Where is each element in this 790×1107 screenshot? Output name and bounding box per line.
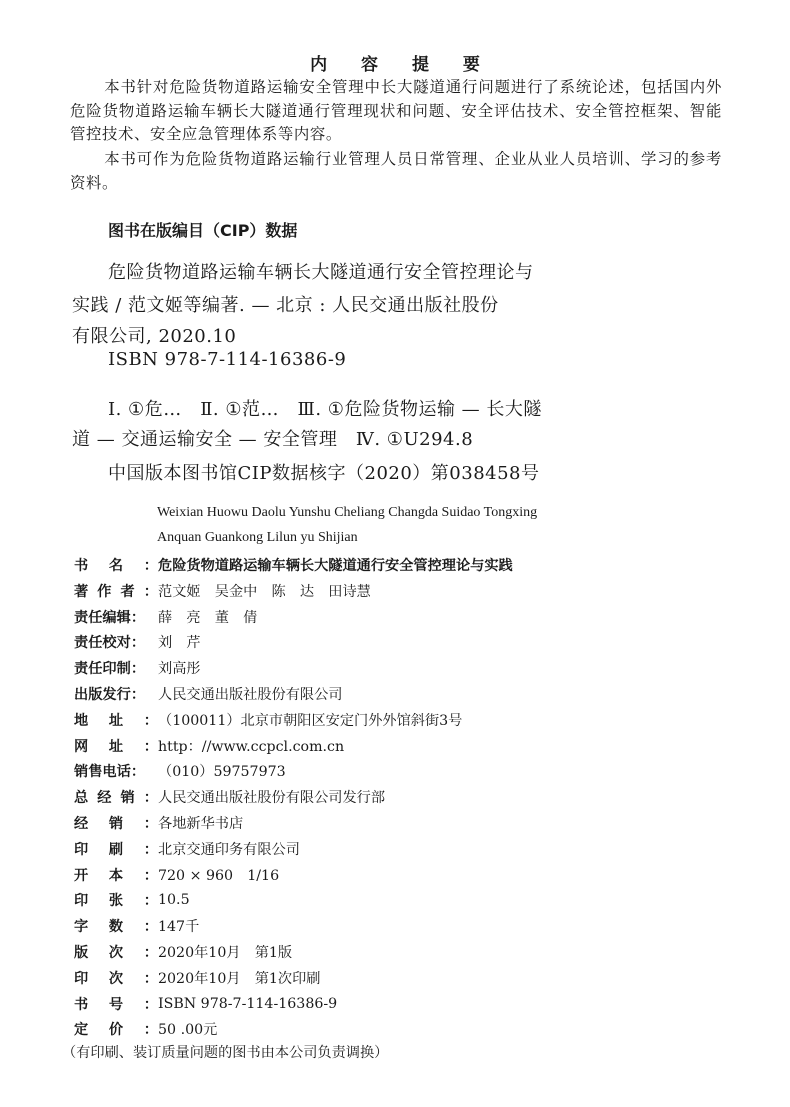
colophon-label: 地址： (74, 710, 158, 730)
summary-paragraph-2: 本书可作为危险货物道路运输行业管理人员日常管理、企业从业人员培训、学习的参考资料… (70, 148, 722, 195)
cip-classification: 道 — 交通运输安全 — 安全管理 Ⅳ. ①U294.8 (72, 425, 473, 451)
colophon-label: 责任校对： (74, 632, 158, 652)
colophon-value: 各地新华书店 (158, 813, 243, 833)
cip-line: 危险货物道路运输车辆长大隧道通行安全管控理论与 (108, 258, 534, 284)
colophon-label: 著作者： (74, 581, 158, 601)
colophon-label: 网址： (74, 736, 158, 756)
cip-number: 中国版本图书馆CIP数据核字（2020）第038458号 (108, 459, 540, 485)
colophon-label: 字数： (74, 916, 158, 936)
cip-classification: Ⅰ. ①危… Ⅱ. ①范… Ⅲ. ①危险货物运输 — 长大隧 (108, 395, 542, 421)
colophon-value: 147千 (158, 916, 199, 936)
colophon-value: http：//www.ccpcl.com.cn (158, 736, 344, 756)
summary-title: 内 容 提 要 (0, 50, 790, 75)
colophon-label: 责任编辑： (74, 607, 158, 627)
summary-paragraph-2-text: 本书可作为危险货物道路运输行业管理人员日常管理、企业从业人员培训、学习的参考资料… (70, 150, 722, 192)
colophon-row: 责任编辑：薛 亮 董 倩 (74, 606, 257, 628)
colophon-value: ISBN 978-7-114-16386-9 (158, 996, 337, 1012)
cip-line: 实践 / 范文姬等编著. — 北京 : 人民交通出版社股份 (72, 291, 499, 317)
colophon-row: 总经销：人民交通出版社股份有限公司发行部 (74, 786, 385, 808)
colophon-row: 印次：2020年10月 第1次印刷 (74, 967, 321, 989)
colophon-label: 书名： (74, 555, 158, 575)
colophon-value: 人民交通出版社股份有限公司发行部 (158, 787, 385, 807)
colophon-label: 定价： (74, 1019, 158, 1039)
colophon-row: 印刷：北京交通印务有限公司 (74, 838, 300, 860)
cip-isbn: ISBN 978-7-114-16386-9 (108, 349, 346, 370)
colophon-row: 网址：http：//www.ccpcl.com.cn (74, 735, 344, 757)
colophon-value: 人民交通出版社股份有限公司 (158, 684, 342, 704)
colophon-value: 范文姬 吴金中 陈 达 田诗慧 (158, 581, 371, 601)
colophon-label: 开本： (74, 865, 158, 885)
colophon-value: 危险货物道路运输车辆长大隧道通行安全管控理论与实践 (158, 555, 513, 575)
colophon-value: 薛 亮 董 倩 (158, 607, 257, 627)
colophon-value: 10.5 (158, 892, 190, 908)
colophon-row: 开本：720 × 960 1/16 (74, 864, 279, 886)
pinyin-title-line: Weixian Huowu Daolu Yunshu Cheliang Chan… (157, 505, 537, 521)
colophon-row: 经销：各地新华书店 (74, 812, 243, 834)
colophon-row: 书名：危险货物道路运输车辆长大隧道通行安全管控理论与实践 (74, 554, 513, 576)
colophon-label: 印刷： (74, 839, 158, 859)
colophon-value: 720 × 960 1/16 (158, 865, 279, 885)
colophon-label: 责任印制： (74, 658, 158, 678)
pinyin-title-line: Anquan Guankong Lilun yu Shijian (157, 530, 358, 546)
colophon-value: 50 .00元 (158, 1019, 217, 1039)
colophon-value: 刘 芹 (158, 632, 201, 652)
colophon-label: 印张： (74, 890, 158, 910)
colophon-value: 2020年10月 第1次印刷 (158, 968, 321, 988)
quality-note: （有印刷、装订质量问题的图书由本公司负责调换） (62, 1042, 388, 1062)
colophon-row: 责任校对：刘 芹 (74, 631, 201, 653)
colophon-value: 2020年10月 第1版 (158, 942, 292, 962)
colophon-value: 刘高彤 (158, 658, 201, 678)
colophon-row: 字数：147千 (74, 915, 199, 937)
colophon-value: （100011）北京市朝阳区安定门外外馆斜街3号 (158, 710, 462, 730)
cip-line: 有限公司, 2020.10 (72, 322, 236, 348)
cip-heading: 图书在版编目（CIP）数据 (108, 218, 297, 241)
summary-paragraph-1-text: 本书针对危险货物道路运输安全管理中长大隧道通行问题进行了系统论述，包括国内外危险… (70, 78, 722, 143)
colophon-label: 总经销： (74, 787, 158, 807)
summary-paragraph-1: 本书针对危险货物道路运输安全管理中长大隧道通行问题进行了系统论述，包括国内外危险… (70, 76, 722, 147)
colophon-row: 责任印制：刘高彤 (74, 657, 201, 679)
colophon-label: 销售电话： (74, 761, 158, 781)
colophon-label: 书号： (74, 994, 158, 1014)
colophon-label: 版次： (74, 942, 158, 962)
colophon-row: 地址：（100011）北京市朝阳区安定门外外馆斜街3号 (74, 709, 462, 731)
colophon-label: 印次： (74, 968, 158, 988)
colophon-row: 书号：ISBN 978-7-114-16386-9 (74, 993, 337, 1015)
colophon-row: 著作者：范文姬 吴金中 陈 达 田诗慧 (74, 580, 371, 602)
colophon-value: （010）59757973 (158, 761, 286, 781)
colophon-row: 版次：2020年10月 第1版 (74, 941, 292, 963)
colophon-value: 北京交通印务有限公司 (158, 839, 300, 859)
colophon-label: 经销： (74, 813, 158, 833)
colophon-label: 出版发行： (74, 684, 158, 704)
colophon-row: 出版发行：人民交通出版社股份有限公司 (74, 683, 342, 705)
colophon-row: 印张：10.5 (74, 889, 190, 911)
colophon-row: 定价：50 .00元 (74, 1018, 217, 1040)
colophon-row: 销售电话：（010）59757973 (74, 760, 286, 782)
